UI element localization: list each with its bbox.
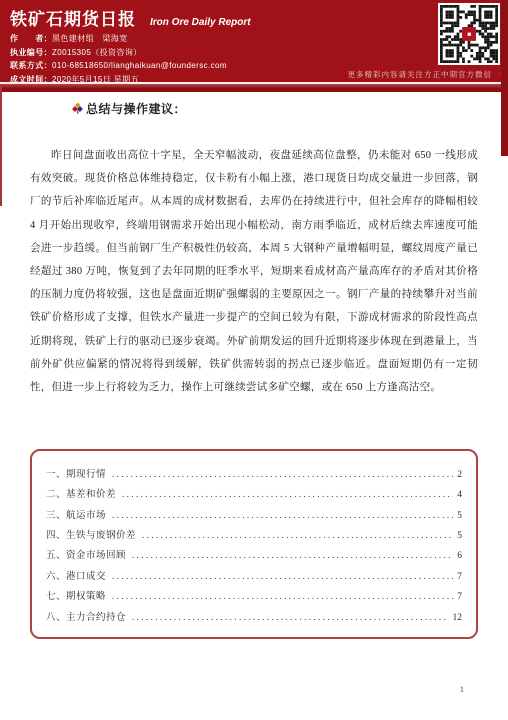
- club-bullet-icon: [72, 103, 83, 114]
- toc-item[interactable]: 五、资金市场回顾................................…: [46, 547, 462, 561]
- toc-box: 一、期现行情..................................…: [30, 449, 478, 639]
- meta-value: 2020年5月15日 星期五: [52, 75, 139, 84]
- report-body: 总结与操作建议： 昨日间盘面收出高位十字星，全天窄幅波动，夜盘延续高位盘整，仍未…: [0, 92, 508, 639]
- toc-item[interactable]: 四、生铁与废钢价差...............................…: [46, 527, 462, 541]
- meta-row: 作 者：黑色建材组 梁海宽: [10, 32, 508, 46]
- toc-item-label: 八、主力合约持仓: [46, 609, 126, 623]
- toc-item-label: 四、生铁与废钢价差: [46, 527, 136, 541]
- meta-label: 作 者：: [10, 34, 52, 43]
- toc-item[interactable]: 八、主力合约持仓................................…: [46, 609, 462, 623]
- toc-item-page: 5: [457, 511, 462, 521]
- toc-item[interactable]: 七、期权策略..................................…: [46, 588, 462, 602]
- toc-dot-leader: ........................................…: [112, 591, 453, 601]
- summary-section-heading: 总结与操作建议：: [72, 100, 478, 117]
- wechat-note: 更多精彩内容请关注方正中期官方微信: [348, 69, 493, 80]
- toc-dot-leader: ........................................…: [112, 469, 453, 479]
- meta-label: 执业编号：: [10, 48, 52, 57]
- report-page: 铁矿石期货日报 Iron Ore Daily Report 作 者：黑色建材组 …: [0, 0, 508, 720]
- toc-item-page: 6: [457, 551, 462, 561]
- report-title: 铁矿石期货日报: [10, 5, 136, 30]
- toc-dot-leader: ........................................…: [132, 612, 448, 622]
- page-number: 1: [460, 684, 464, 694]
- toc-item[interactable]: 三、航运市场..................................…: [46, 507, 462, 521]
- toc-dot-leader: ........................................…: [142, 530, 453, 540]
- toc-item-page: 5: [457, 531, 462, 541]
- toc-dot-leader: ........................................…: [112, 571, 453, 581]
- toc-item[interactable]: 二、基差和价差.................................…: [46, 486, 462, 500]
- toc-item-page: 4: [457, 490, 462, 500]
- toc-item-page: 7: [457, 572, 462, 582]
- toc-item-page: 7: [457, 592, 462, 602]
- toc-dot-leader: ........................................…: [122, 489, 453, 499]
- toc-item-label: 二、基差和价差: [46, 486, 116, 500]
- qr-code-icon: [440, 5, 498, 63]
- scan-edge-left: [0, 84, 2, 206]
- report-subtitle-en: Iron Ore Daily Report: [150, 17, 251, 28]
- toc-item-label: 七、期权策略: [46, 588, 106, 602]
- report-header: 铁矿石期货日报 Iron Ore Daily Report 作 者：黑色建材组 …: [0, 0, 508, 82]
- meta-label: 联系方式：: [10, 61, 52, 70]
- toc-item-label: 一、期现行情: [46, 466, 106, 480]
- toc-item[interactable]: 六、港口成交..................................…: [46, 568, 462, 582]
- toc-item-label: 三、航运市场: [46, 507, 106, 521]
- title-row: 铁矿石期货日报 Iron Ore Daily Report: [0, 0, 508, 32]
- meta-label: 成文时间：: [10, 75, 52, 84]
- scan-edge-right: [501, 0, 508, 156]
- toc-dot-leader: ........................................…: [112, 510, 453, 520]
- meta-row: 执业编号：Z0015305（投资咨询）: [10, 46, 508, 60]
- meta-value: 黑色建材组 梁海宽: [52, 34, 128, 43]
- toc-item-page: 2: [457, 470, 462, 480]
- toc-dot-leader: ........................................…: [132, 550, 453, 560]
- meta-value: 010-68518650/lianghaikuan@foundersc.com: [52, 61, 227, 70]
- meta-value: Z0015305（投资咨询）: [52, 48, 142, 57]
- toc-item-label: 五、资金市场回顾: [46, 547, 126, 561]
- toc-item-label: 六、港口成交: [46, 568, 106, 582]
- wechat-qr-code: [438, 3, 500, 65]
- section-heading-text: 总结与操作建议：: [86, 100, 186, 117]
- toc-item-page: 12: [453, 613, 463, 623]
- toc-item[interactable]: 一、期现行情..................................…: [46, 466, 462, 480]
- summary-paragraph: 昨日间盘面收出高位十字星，全天窄幅波动，夜盘延续高位盘整，仍未能对 650 一线…: [30, 144, 478, 399]
